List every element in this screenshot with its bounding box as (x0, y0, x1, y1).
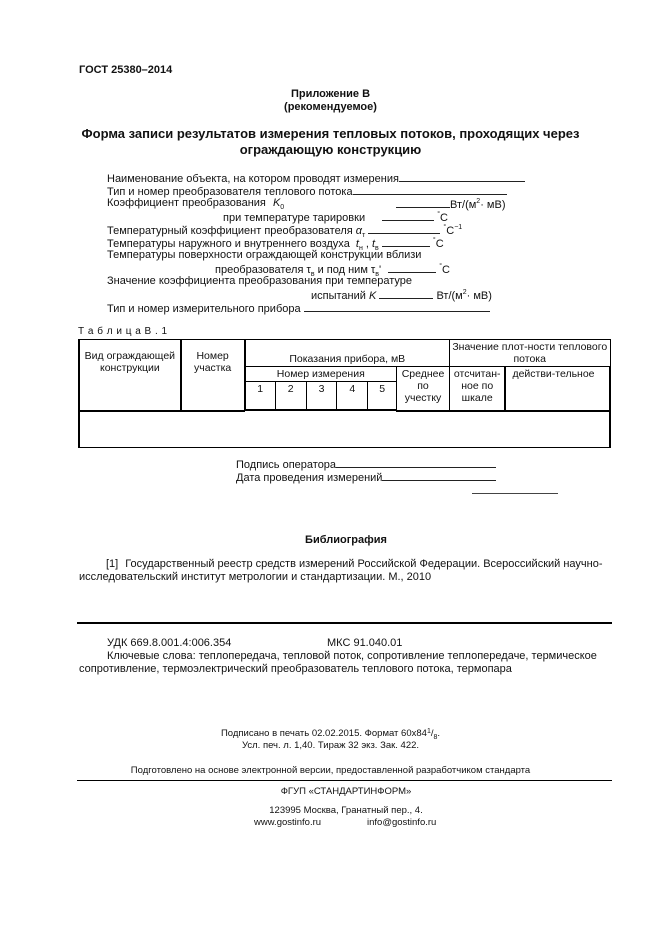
field-test-coeff: Значение коэффициента преобразования при… (107, 275, 412, 288)
test-coeff-blank[interactable] (379, 288, 433, 299)
header-measurement-number: Номер измерения (245, 367, 397, 382)
header-measurement-3: 3 (306, 382, 337, 410)
instrument-type-blank[interactable] (304, 301, 490, 312)
operator-signature-blank[interactable] (336, 457, 496, 468)
header-density-actual: действи-тельное (505, 367, 610, 411)
measurement-date-blank[interactable] (382, 470, 496, 481)
transducer-type-blank[interactable] (353, 184, 507, 195)
temp-coeff-blank[interactable] (368, 223, 440, 234)
publisher-address: 123995 Москва, Гранатный пер., 4. (0, 805, 661, 816)
bibliography-entry-1-line2: исследовательский институт метрологии и … (79, 571, 431, 584)
measurement-date: Дата проведения измерений (236, 470, 496, 485)
header-measurement-2: 2 (275, 382, 306, 410)
appendix-subtitle: (рекомендуемое) (0, 101, 661, 114)
air-temps-blank[interactable] (382, 236, 430, 247)
field-instrument-type: Тип и номер измерительного прибора (107, 301, 490, 316)
object-name-blank[interactable] (399, 171, 525, 182)
keywords-line2: сопротивление, термоэлектрический преобр… (79, 663, 512, 676)
bibliography-entry-1-line1: [1] Государственный реестр средств измер… (106, 558, 603, 571)
field-surface-temps: Температуры поверхности ограждающей конс… (107, 249, 421, 262)
header-construction-type: Вид ограждающей конструкции (79, 340, 181, 411)
measurement-table: Вид ограждающей конструкции Номер участк… (78, 339, 611, 448)
classification-rule (77, 622, 612, 624)
standard-id: ГОСТ 25380–2014 (79, 64, 172, 77)
imprint-prepared-note: Подготовлено на основе электронной верси… (0, 765, 661, 776)
publisher-website[interactable]: www.gostinfo.ru (254, 817, 321, 828)
table-empty-row[interactable] (79, 411, 610, 448)
header-section-number: Номер участка (181, 340, 245, 411)
header-density-scale: отсчитан-ное по шкале (449, 367, 505, 411)
table-row (79, 411, 610, 448)
publisher-rule (77, 780, 612, 781)
header-readings-group: Показания прибора, мВ (245, 340, 450, 367)
appendix-title: Приложение В (0, 88, 661, 101)
header-measurement-1: 1 (245, 382, 276, 410)
imprint-print-info: Усл. печ. л. 1,40. Тираж 32 экз. Зак. 42… (0, 740, 661, 751)
udk-code: УДК 669.8.001.4:006.354 (107, 637, 231, 650)
surface-temps-blank[interactable] (388, 262, 436, 273)
bibliography-title: Библиография (0, 534, 661, 547)
header-average: Среднее по учестку (397, 367, 450, 411)
table-caption: Т а б л и ц а В . 1 (78, 326, 168, 338)
header-density-group: Значение плот-ности теплового потока (449, 340, 610, 367)
header-measurement-4: 4 (337, 382, 368, 410)
header-measurement-5: 5 (368, 382, 397, 410)
end-of-form-rule (472, 493, 558, 494)
form-heading-line1: Форма записи результатов измерения тепло… (0, 126, 661, 141)
publisher-email[interactable]: info@gostinfo.ru (367, 817, 436, 828)
calibration-temp-blank[interactable] (382, 210, 434, 221)
publisher-name: ФГУП «СТАНДАРТИНФОРМ» (0, 786, 661, 797)
mks-code: МКС 91.040.01 (327, 637, 402, 650)
conversion-coeff-blank[interactable] (396, 197, 450, 208)
form-heading-line2: ограждающую конструкцию (0, 142, 661, 157)
keywords-line1: Ключевые слова: теплопередача, тепловой … (107, 650, 597, 663)
